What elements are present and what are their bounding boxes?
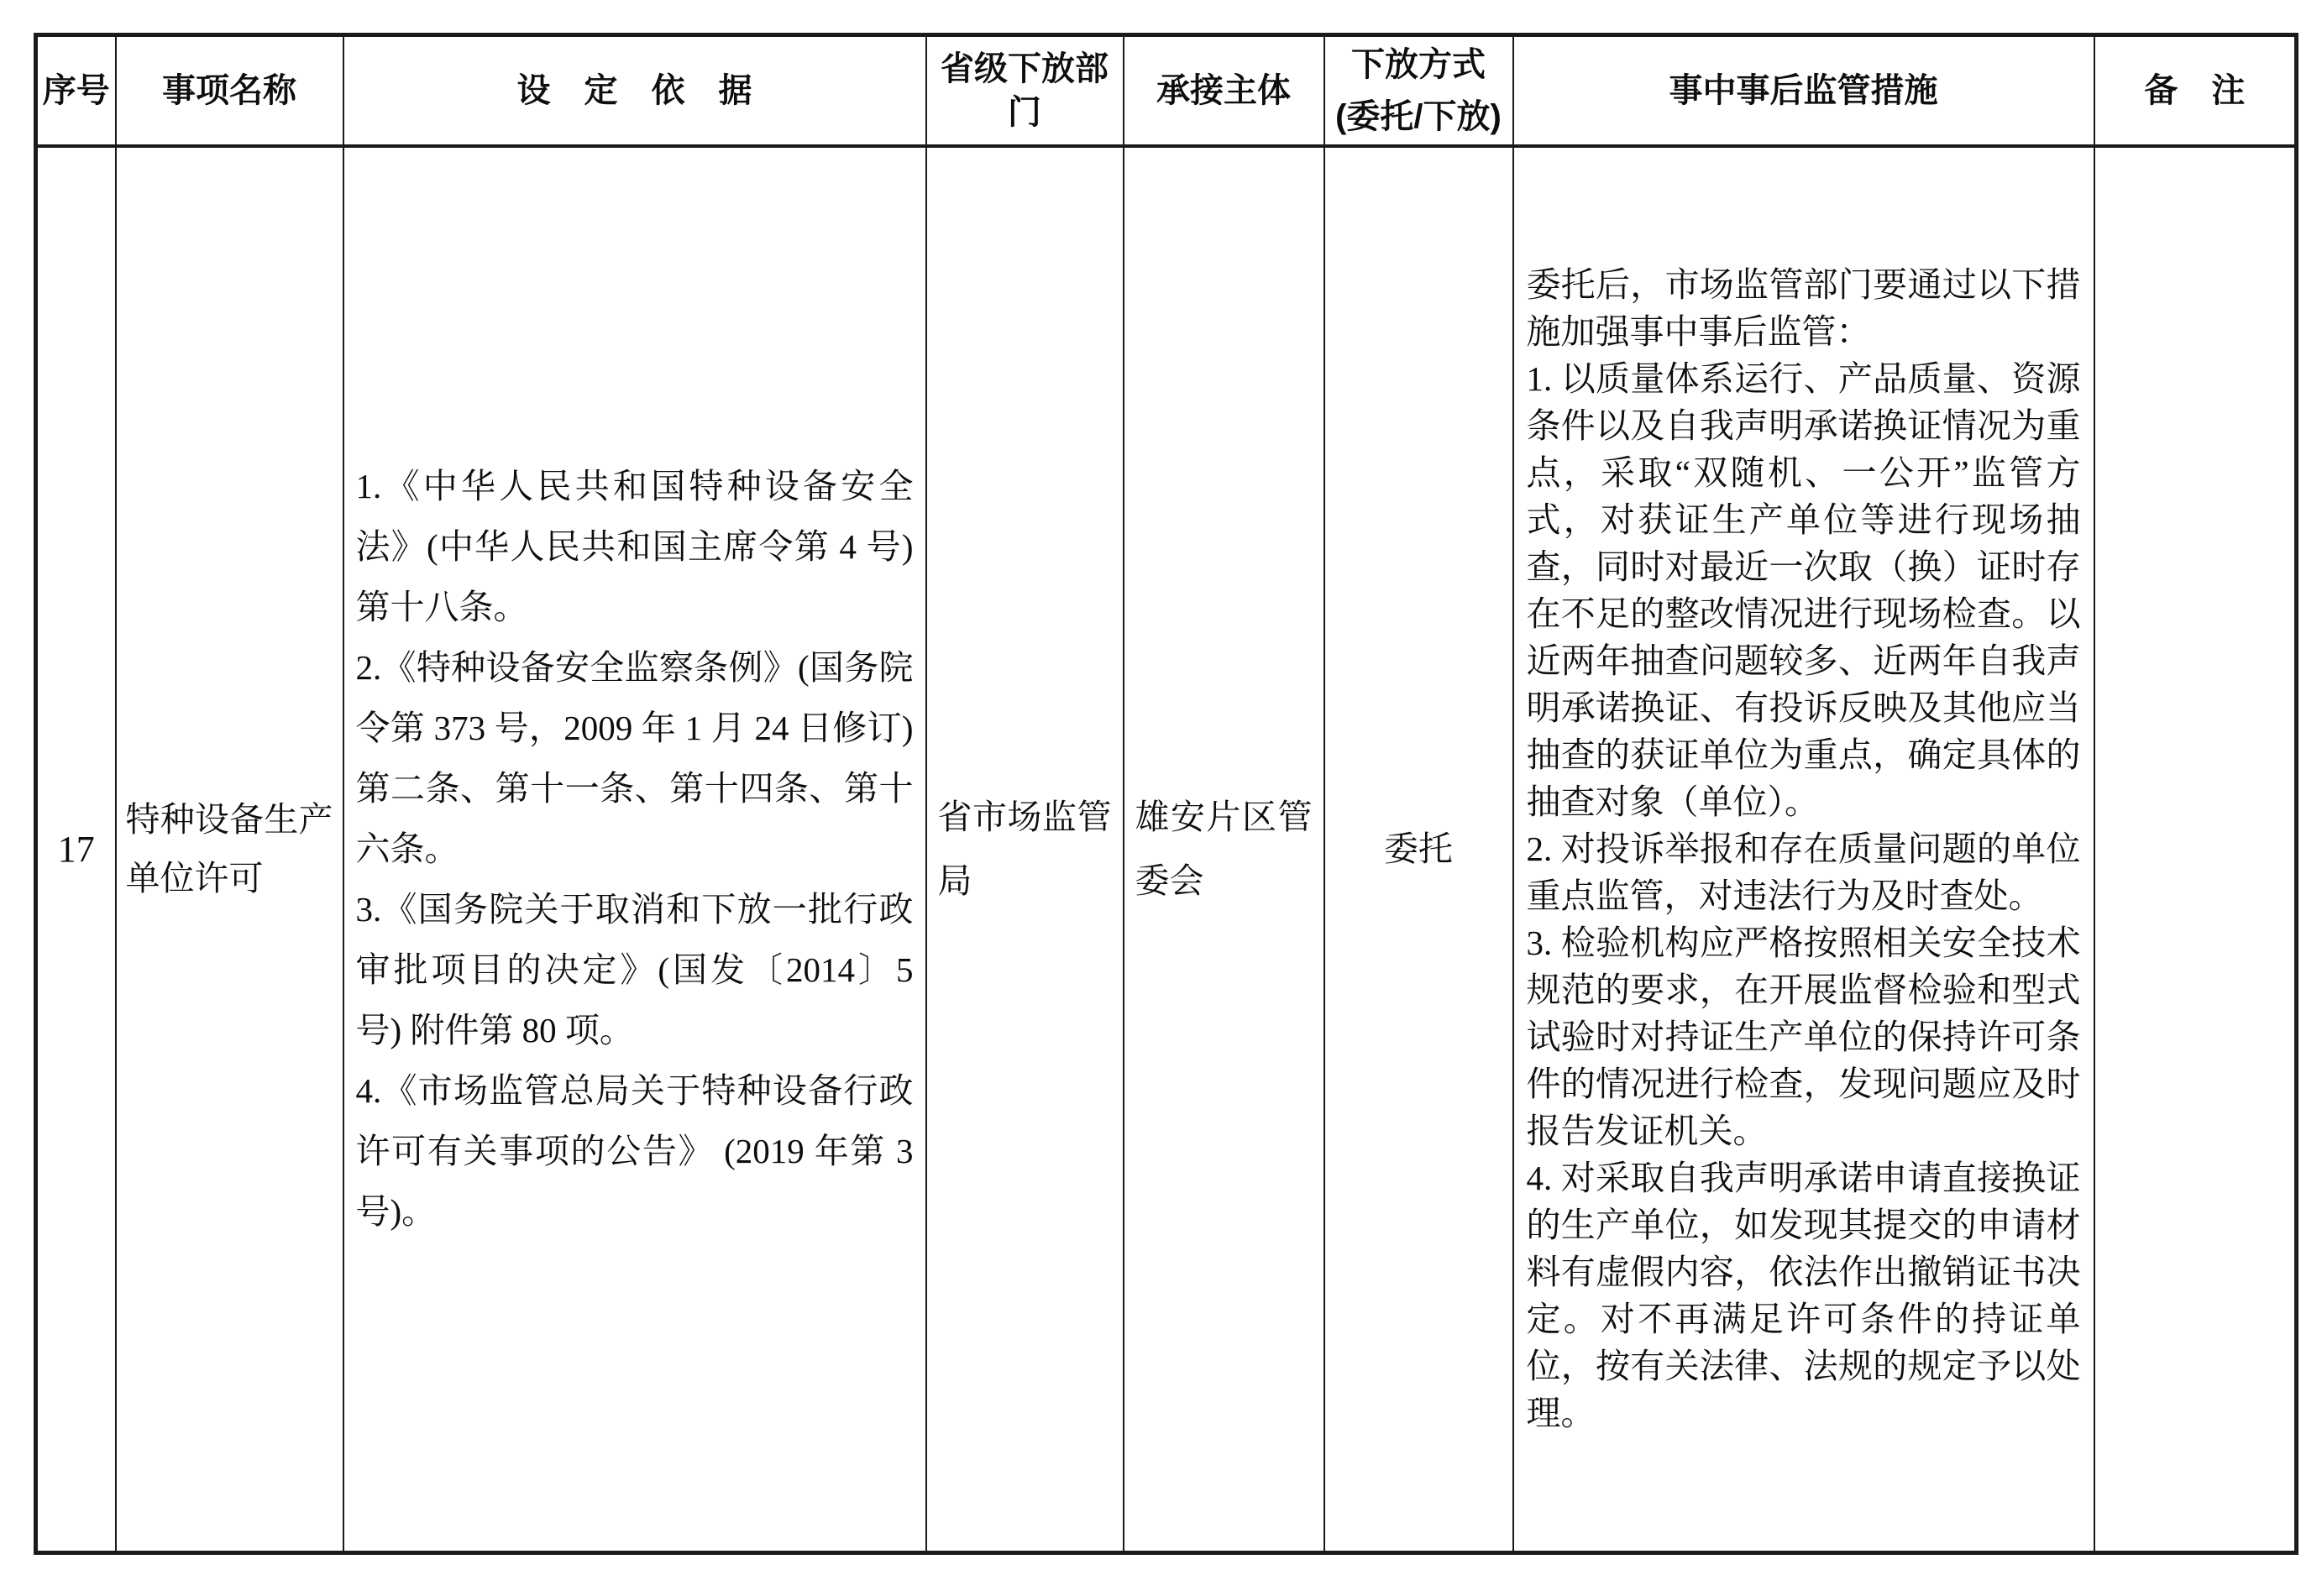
- basis-item-2: 2.《特种设备安全监察条例》(国务院令第 373 号，2009 年 1 月 24…: [356, 637, 914, 879]
- header-remark: 备 注: [2094, 35, 2297, 146]
- header-undertaker: 承接主体: [1124, 35, 1324, 146]
- cell-undertaker: 雄安片区管委会: [1124, 146, 1324, 1553]
- header-item-name: 事项名称: [116, 35, 343, 146]
- basis-item-1: 1.《中华人民共和国特种设备安全法》(中华人民共和国主席令第 4 号) 第十八条…: [356, 456, 914, 637]
- header-province-dept: 省级下放部门: [926, 35, 1124, 146]
- cell-method: 委托: [1324, 146, 1513, 1553]
- header-method: 下放方式 (委托/下放): [1324, 35, 1513, 146]
- delegation-table: 序号 事项名称 设 定 依 据 省级下放部门 承接主体 下放方式 (委托/下放)…: [34, 33, 2298, 1555]
- cell-basis: 1.《中华人民共和国特种设备安全法》(中华人民共和国主席令第 4 号) 第十八条…: [343, 146, 926, 1553]
- header-supervision: 事中事后监管措施: [1513, 35, 2094, 146]
- supervision-intro: 委托后，市场监管部门要通过以下措施加强事中事后监管：: [1527, 261, 2081, 355]
- table-header-row: 序号 事项名称 设 定 依 据 省级下放部门 承接主体 下放方式 (委托/下放)…: [36, 35, 2297, 146]
- cell-supervision: 委托后，市场监管部门要通过以下措施加强事中事后监管： 1. 以质量体系运行、产品…: [1513, 146, 2094, 1553]
- document-page: 序号 事项名称 设 定 依 据 省级下放部门 承接主体 下放方式 (委托/下放)…: [0, 0, 2301, 1596]
- header-method-line1: 下放方式: [1325, 39, 1512, 91]
- basis-item-4: 4.《市场监管总局关于特种设备行政许可有关事项的公告》 (2019 年第 3 号…: [356, 1060, 914, 1242]
- header-basis: 设 定 依 据: [343, 35, 926, 146]
- supervision-item-3: 3. 检验机构应严格按照相关安全技术规范的要求，在开展监督检验和型式试验时对持证…: [1527, 919, 2081, 1154]
- supervision-item-4: 4. 对采取自我声明承诺申请直接换证的生产单位，如发现其提交的申请材料有虚假内容…: [1527, 1154, 2081, 1436]
- supervision-item-1: 1. 以质量体系运行、产品质量、资源条件以及自我声明承诺换证情况为重点，采取“双…: [1527, 355, 2081, 825]
- cell-remark: [2094, 146, 2297, 1553]
- supervision-item-2: 2. 对投诉举报和存在质量问题的单位重点监管，对违法行为及时查处。: [1527, 825, 2081, 919]
- table-row: 17 特种设备生产单位许可 1.《中华人民共和国特种设备安全法》(中华人民共和国…: [36, 146, 2297, 1553]
- cell-item-name: 特种设备生产单位许可: [116, 146, 343, 1553]
- cell-seq: 17: [36, 146, 116, 1553]
- header-method-line2: (委托/下放): [1325, 91, 1512, 143]
- cell-province-dept: 省市场监管局: [926, 146, 1124, 1553]
- header-seq: 序号: [36, 35, 116, 146]
- basis-item-3: 3.《国务院关于取消和下放一批行政审批项目的决定》(国发〔2014〕5 号) 附…: [356, 879, 914, 1060]
